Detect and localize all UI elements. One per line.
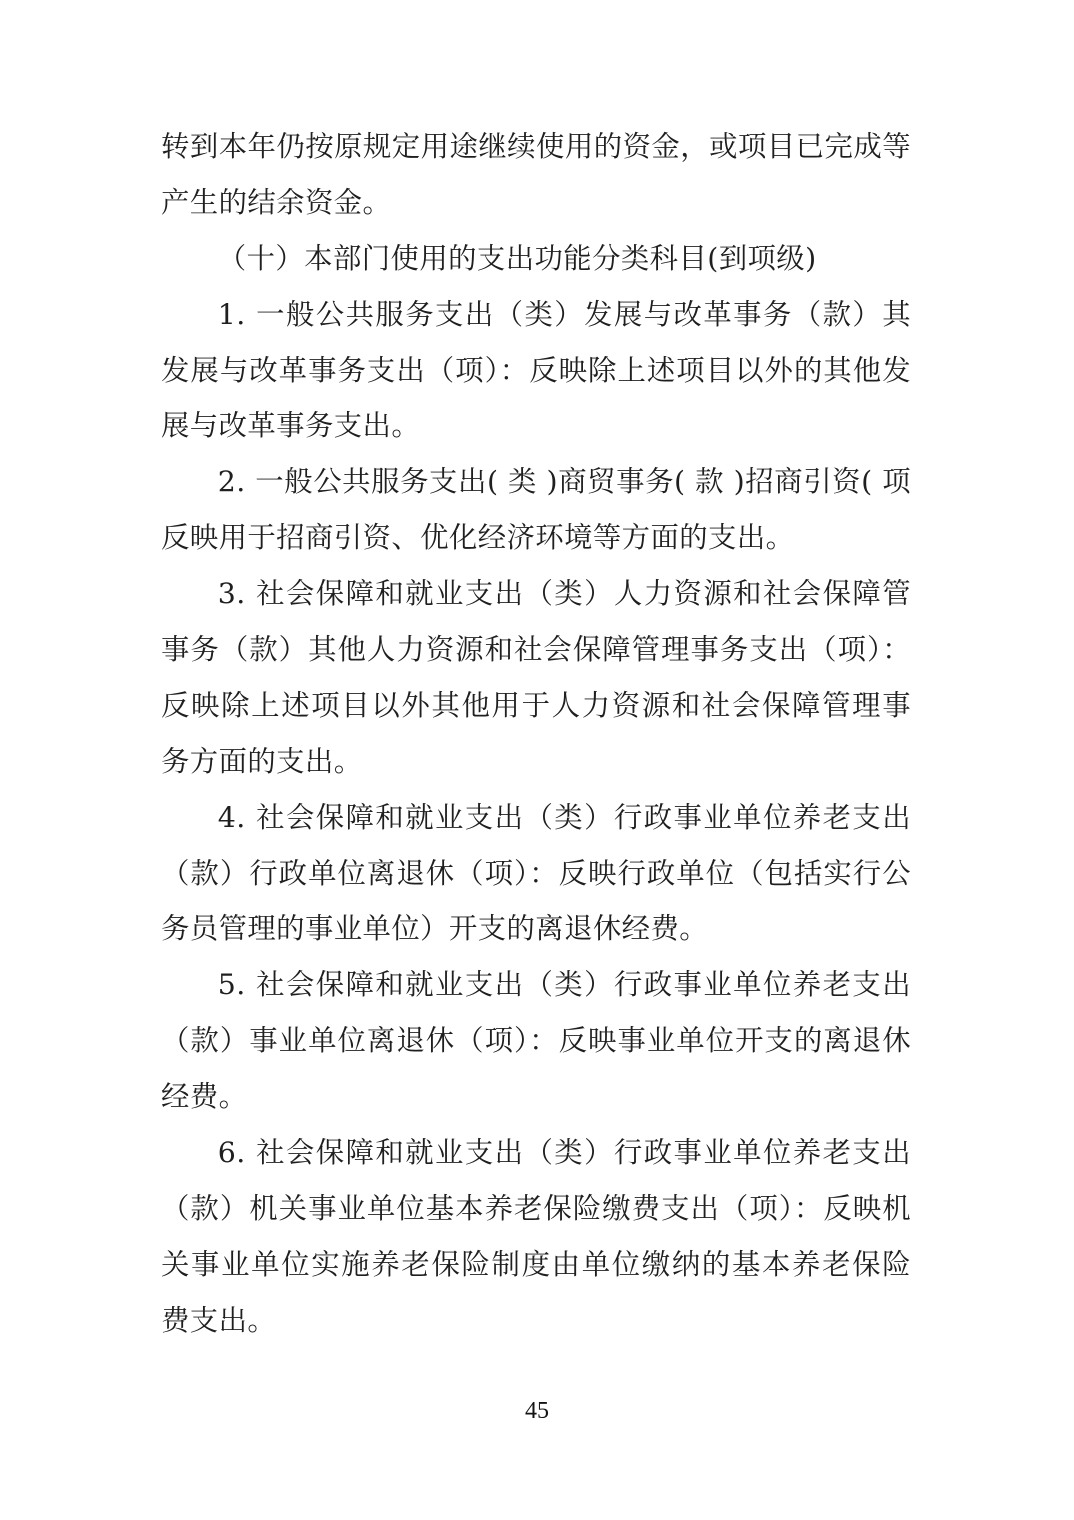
text-line: （十）本部门使用的支出功能分类科目(到项级)	[161, 231, 911, 287]
text-line: 6. 社会保障和就业支出（类）行政事业单位养老支出	[161, 1125, 911, 1181]
item-1: 1. 一般公共服务支出（类）发展与改革事务（款）其他发展与改革事务支出（项）：反…	[161, 287, 911, 455]
text-line: 5. 社会保障和就业支出（类）行政事业单位养老支出	[161, 957, 911, 1013]
document-viewport: { "page": { "number": "45" }, "document"…	[0, 0, 1074, 1520]
text-line: 1. 一般公共服务支出（类）发展与改革事务（款）其他	[161, 287, 911, 343]
text-line: 事务（款）其他人力资源和社会保障管理事务支出（项）：	[161, 622, 911, 678]
paragraph-continuation: 转到本年仍按原规定用途继续使用的资金，或项目已完成等产生的结余资金。	[161, 119, 911, 231]
text-line: 务方面的支出。	[161, 734, 911, 790]
text-line: 发展与改革事务支出（项）：反映除上述项目以外的其他发	[161, 343, 911, 399]
page-footer: 45	[0, 1396, 1074, 1426]
item-3: 3. 社会保障和就业支出（类）人力资源和社会保障管理事务（款）其他人力资源和社会…	[161, 566, 911, 790]
text-line: 反映除上述项目以外其他用于人力资源和社会保障管理事	[161, 678, 911, 734]
text-line: 展与改革事务支出。	[161, 398, 911, 454]
text-line: 关事业单位实施养老保险制度由单位缴纳的基本养老保险	[161, 1237, 911, 1293]
text-line: （款）机关事业单位基本养老保险缴费支出（项）：反映机	[161, 1181, 911, 1237]
document-page: 转到本年仍按原规定用途继续使用的资金，或项目已完成等产生的结余资金。（十）本部门…	[0, 0, 1074, 1520]
text-line: 产生的结余资金。	[161, 175, 911, 231]
text-line: 反映用于招商引资、优化经济环境等方面的支出。	[161, 510, 911, 566]
item-4: 4. 社会保障和就业支出（类）行政事业单位养老支出（款）行政单位离退休（项）：反…	[161, 790, 911, 958]
text-line: 转到本年仍按原规定用途继续使用的资金，或项目已完成等	[161, 119, 911, 175]
text-line: （款）事业单位离退休（项）：反映事业单位开支的离退休	[161, 1013, 911, 1069]
item-2: 2. 一般公共服务支出( 类 )商贸事务( 款 )招商引资( 项 ):反映用于招…	[161, 454, 911, 566]
text-line: 3. 社会保障和就业支出（类）人力资源和社会保障管理	[161, 566, 911, 622]
page-number: 45	[525, 1398, 549, 1424]
text-line: 4. 社会保障和就业支出（类）行政事业单位养老支出	[161, 790, 911, 846]
item-6: 6. 社会保障和就业支出（类）行政事业单位养老支出（款）机关事业单位基本养老保险…	[161, 1125, 911, 1349]
text-line: （款）行政单位离退休（项）：反映行政单位（包括实行公	[161, 846, 911, 902]
heading-section-10: （十）本部门使用的支出功能分类科目(到项级)	[161, 231, 911, 287]
item-5: 5. 社会保障和就业支出（类）行政事业单位养老支出（款）事业单位离退休（项）：反…	[161, 957, 911, 1125]
text-line: 务员管理的事业单位）开支的离退休经费。	[161, 901, 911, 957]
text-line: 费支出。	[161, 1293, 911, 1349]
document-body: 转到本年仍按原规定用途继续使用的资金，或项目已完成等产生的结余资金。（十）本部门…	[161, 119, 911, 1349]
text-line: 2. 一般公共服务支出( 类 )商贸事务( 款 )招商引资( 项 ):	[161, 454, 911, 510]
text-line: 经费。	[161, 1069, 911, 1125]
